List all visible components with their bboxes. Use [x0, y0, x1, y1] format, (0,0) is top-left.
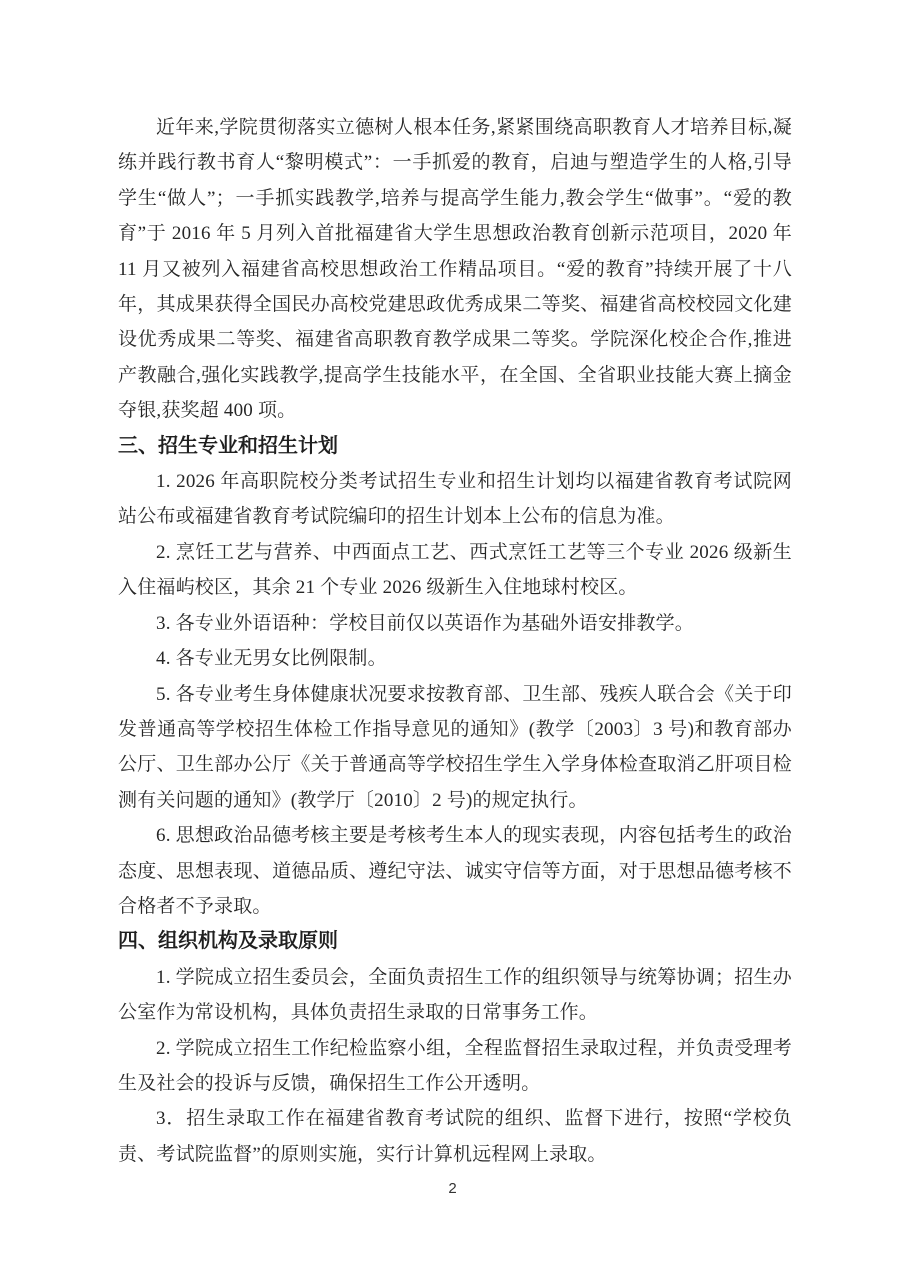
section-heading-recruitment-plan: 三、招生专业和招生计划: [118, 429, 792, 464]
page-number: 2: [0, 1180, 905, 1197]
section-4-item-2: 2. 学院成立招生工作纪检监察小组，全程监督招生录取过程，并负责受理考生及社会的…: [118, 1031, 792, 1102]
document-body: 近年来,学院贯彻落实立德树人根本任务,紧紧围绕高职教育人才培养目标,凝练并践行教…: [118, 110, 792, 1172]
document-page: 近年来,学院贯彻落实立德树人根本任务,紧紧围绕高职教育人才培养目标,凝练并践行教…: [0, 0, 905, 1280]
section-3-item-5: 5. 各专业考生身体健康状况要求按教育部、卫生部、残疾人联合会《关于印发普通高等…: [118, 677, 792, 819]
section-4-item-3: 3．招生录取工作在福建省教育考试院的组织、监督下进行，按照“学校负责、考试院监督…: [118, 1101, 792, 1172]
section-heading-organization-admission: 四、组织机构及录取原则: [118, 924, 792, 959]
section-3-item-1: 1. 2026 年高职院校分类考试招生专业和招生计划均以福建省教育考试院网站公布…: [118, 464, 792, 535]
section-3-item-6: 6. 思想政治品德考核主要是考核考生本人的现实表现，内容包括考生的政治态度、思想…: [118, 818, 792, 924]
section-3-item-2: 2. 烹饪工艺与营养、中西面点工艺、西式烹饪工艺等三个专业 2026 级新生入住…: [118, 535, 792, 606]
section-3-item-3: 3. 各专业外语语种：学校目前仅以英语作为基础外语安排教学。: [118, 606, 792, 641]
section-4-item-1: 1. 学院成立招生委员会，全面负责招生工作的组织领导与统筹协调；招生办公室作为常…: [118, 960, 792, 1031]
intro-paragraph: 近年来,学院贯彻落实立德树人根本任务,紧紧围绕高职教育人才培养目标,凝练并践行教…: [118, 110, 792, 429]
section-3-item-4: 4. 各专业无男女比例限制。: [118, 641, 792, 676]
